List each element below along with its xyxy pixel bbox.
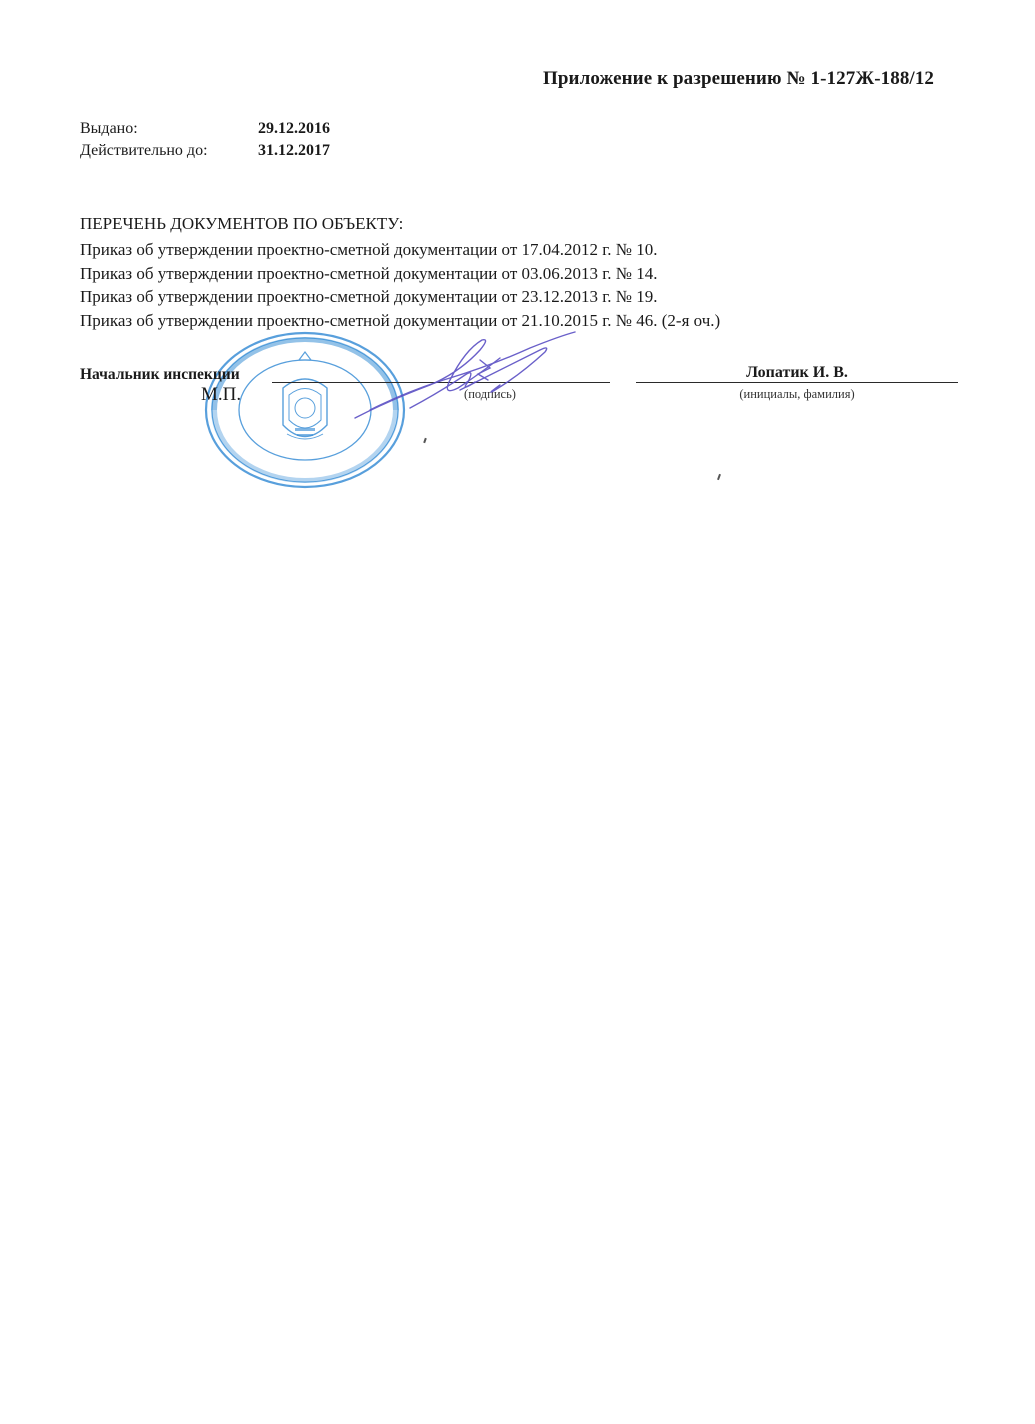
issued-label: Выдано:	[80, 120, 138, 138]
stamp-place-label: М.П.	[201, 384, 241, 406]
valid-until-label: Действительно до:	[80, 142, 208, 160]
document-item: Приказ об утверждении проектно-сметной д…	[80, 262, 720, 286]
issued-date: 29.12.2016	[258, 120, 330, 138]
scan-mark	[717, 474, 721, 480]
name-caption: (инициалы, фамилия)	[636, 387, 958, 402]
document-item: Приказ об утверждении проектно-сметной д…	[80, 285, 720, 309]
signer-name: Лопатик И. В.	[636, 364, 958, 382]
documents-heading: ПЕРЕЧЕНЬ ДОКУМЕНТОВ ПО ОБЪЕКТУ:	[80, 214, 403, 234]
document-title: Приложение к разрешению № 1-127Ж-188/12	[543, 68, 934, 90]
signature-scribble-icon	[350, 330, 590, 420]
documents-list: Приказ об утверждении проектно-сметной д…	[80, 238, 720, 332]
name-line	[636, 382, 958, 383]
scan-mark	[423, 438, 427, 443]
document-item: Приказ об утверждении проектно-сметной д…	[80, 309, 720, 333]
position-label: Начальник инспекции	[80, 366, 240, 384]
valid-until-date: 31.12.2017	[258, 142, 330, 160]
document-item: Приказ об утверждении проектно-сметной д…	[80, 238, 720, 262]
